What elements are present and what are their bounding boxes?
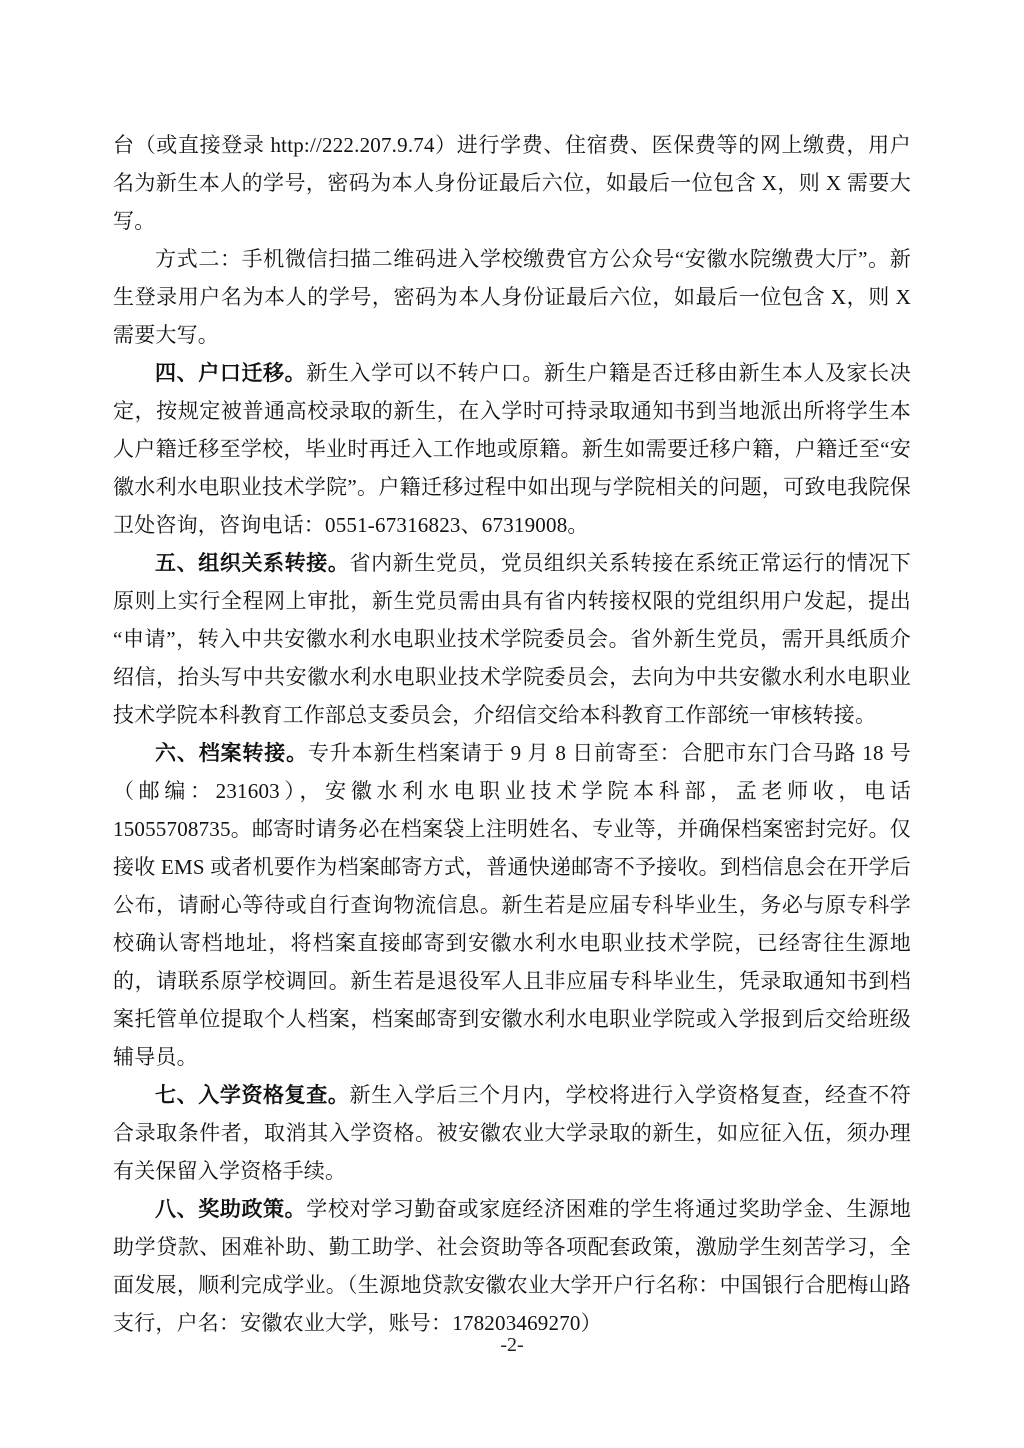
- page-number: -2-: [500, 1334, 523, 1356]
- paragraph: 八、奖助政策。学校对学习勤奋或家庭经济困难的学生将通过奖助学金、生源地助学贷款、…: [113, 1190, 911, 1342]
- paragraph: 五、组织关系转接。省内新生党员，党员组织关系转接在系统正常运行的情况下原则上实行…: [113, 544, 911, 734]
- section-heading: 八、奖助政策。: [155, 1197, 306, 1221]
- section-heading: 七、入学资格复查。: [155, 1083, 350, 1107]
- page-footer: -2-: [0, 1332, 1024, 1358]
- document-page: 台（或直接登录 http://222.207.9.74）进行学费、住宿费、医保费…: [0, 0, 1024, 1448]
- section-heading: 六、档案转接。: [155, 741, 308, 765]
- document-text: 台（或直接登录 http://222.207.9.74）进行学费、住宿费、医保费…: [113, 126, 911, 1342]
- paragraph-text: 专升本新生档案请于 9 月 8 日前寄至：合肥市东门合马路 18 号（邮编：23…: [113, 741, 911, 1069]
- section-heading: 五、组织关系转接。: [155, 551, 350, 575]
- paragraph-text: 省内新生党员，党员组织关系转接在系统正常运行的情况下原则上实行全程网上审批，新生…: [113, 551, 911, 727]
- paragraph: 台（或直接登录 http://222.207.9.74）进行学费、住宿费、医保费…: [113, 126, 911, 240]
- paragraph: 六、档案转接。专升本新生档案请于 9 月 8 日前寄至：合肥市东门合马路 18 …: [113, 734, 911, 1076]
- section-heading: 四、户口迁移。: [155, 361, 306, 385]
- paragraph: 七、入学资格复查。新生入学后三个月内，学校将进行入学资格复查，经查不符合录取条件…: [113, 1076, 911, 1190]
- paragraph-text: 台（或直接登录 http://222.207.9.74）进行学费、住宿费、医保费…: [113, 133, 911, 233]
- paragraph: 四、户口迁移。新生入学可以不转户口。新生户籍是否迁移由新生本人及家长决定，按规定…: [113, 354, 911, 544]
- paragraph-text: 新生入学可以不转户口。新生户籍是否迁移由新生本人及家长决定，按规定被普通高校录取…: [113, 361, 911, 537]
- paragraph: 方式二：手机微信扫描二维码进入学校缴费官方公众号“安徽水院缴费大厅”。新生登录用…: [113, 240, 911, 354]
- paragraph-text: 方式二：手机微信扫描二维码进入学校缴费官方公众号“安徽水院缴费大厅”。新生登录用…: [113, 247, 911, 347]
